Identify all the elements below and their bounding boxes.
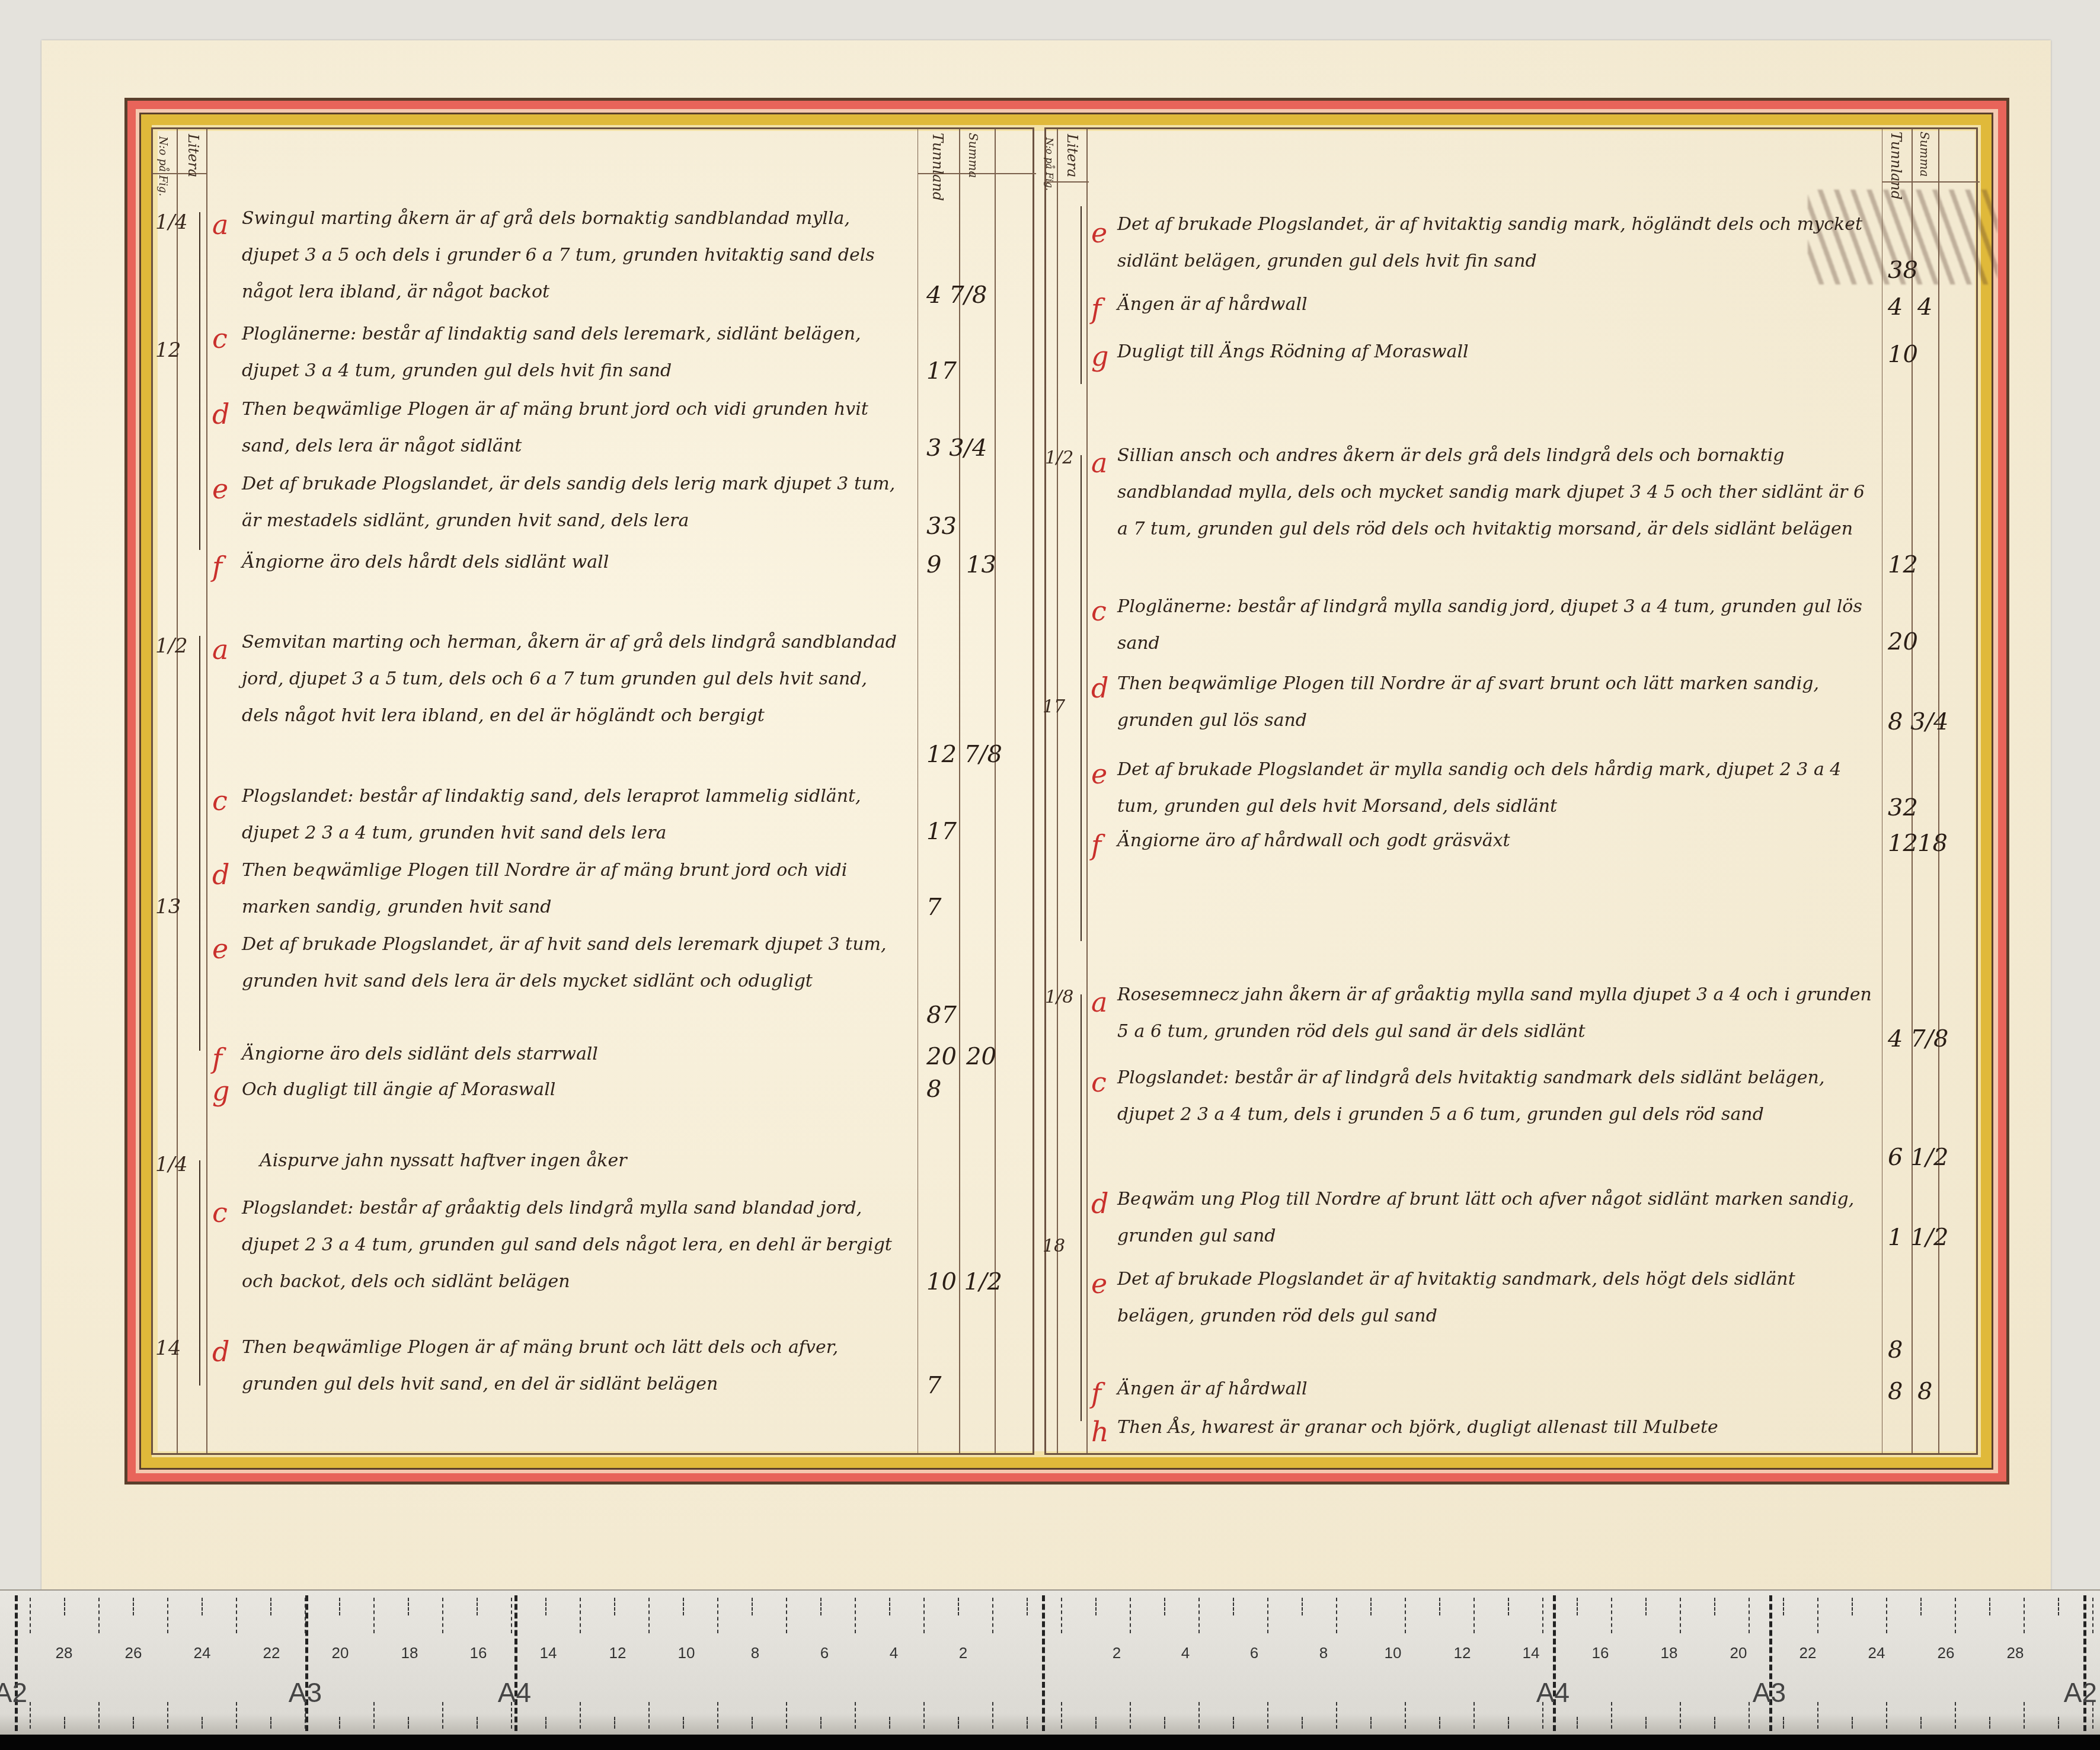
entry-description: Det af brukade Plogslandet, är dels sand… xyxy=(242,466,906,539)
left-page: N:o på Fig. Litera Tunnland Summa 1/4 12… xyxy=(151,127,1034,1455)
survey-group: 1/8 18 a Rosesemnecz jahn åkern är af gr… xyxy=(1046,977,1980,1463)
ruler-tick xyxy=(408,1598,409,1615)
tunnland-value: 8 xyxy=(1888,1380,1903,1403)
tunnland-value: 12 xyxy=(1888,831,1918,855)
ruler-tick xyxy=(648,1702,650,1729)
entry-description: Ängen är af hårdwall xyxy=(1117,286,1876,323)
entry-letter: f xyxy=(1091,1380,1101,1407)
ruler-tick xyxy=(64,1717,65,1729)
ruler-tick xyxy=(1095,1717,1097,1729)
tunnland-value: 12 7/8 xyxy=(926,743,1002,766)
group-bracket xyxy=(1081,206,1088,384)
entry-description: Ängen är af hårdwall xyxy=(1117,1371,1876,1407)
entry-description: Semvitan marting och herman, åkern är af… xyxy=(242,624,906,734)
ruler-tick xyxy=(958,1598,959,1615)
ratio-label: 1/2 xyxy=(155,636,188,656)
ruler-tick xyxy=(236,1598,237,1633)
ruler-tick xyxy=(1542,1702,1543,1729)
tunnland-value: 38 xyxy=(1888,258,1918,282)
entry-letter: c xyxy=(212,787,228,814)
ruler-number: 12 xyxy=(609,1644,627,1662)
ruler-tick xyxy=(98,1702,100,1729)
ruler-tick xyxy=(992,1598,993,1633)
ruler-tick xyxy=(1267,1702,1268,1729)
ruler-number: 20 xyxy=(1730,1644,1747,1662)
tunnland-value: 1 1/2 xyxy=(1888,1226,1949,1249)
ruler-tick xyxy=(889,1717,890,1729)
entry-letter: a xyxy=(1091,449,1107,476)
ruler-tick xyxy=(1336,1702,1337,1729)
entry-letter: c xyxy=(212,325,228,352)
ruler-tick xyxy=(1611,1598,1612,1633)
ruler-tick xyxy=(30,1702,31,1729)
ruler-tick xyxy=(98,1598,100,1633)
ruler-tick xyxy=(1577,1717,1578,1729)
ruler-tick xyxy=(1061,1702,1062,1729)
ruler-tick xyxy=(1577,1598,1578,1615)
tunnland-value: 20 xyxy=(926,1045,957,1068)
ruler-number: 2 xyxy=(1113,1644,1121,1662)
ruler-tick xyxy=(167,1598,168,1633)
ruler-number: 12 xyxy=(1454,1644,1471,1662)
ruler-format-label: A4 xyxy=(498,1677,531,1709)
figure-number: 18 xyxy=(1043,1237,1065,1255)
survey-group: 1/4 14 Aispurve jahn nyssatt haftver ing… xyxy=(153,1143,1036,1439)
tunnland-value: 32 xyxy=(1888,796,1918,820)
ruler-tick xyxy=(167,1702,168,1729)
ruler-number: 20 xyxy=(332,1644,349,1662)
survey-group: 1/4 12 a Swingul marting åkern är af grå… xyxy=(153,200,1036,627)
tunnland-value: 7 xyxy=(926,1374,941,1397)
ruler-tick xyxy=(648,1598,650,1633)
ruler-format-label: A2 xyxy=(0,1677,27,1709)
column-header-tunnland: Tunnland xyxy=(1888,132,1904,200)
ruler-tick xyxy=(1233,1598,1234,1615)
tunnland-value: 9 xyxy=(926,553,941,577)
tunnland-value: 17 xyxy=(926,820,957,843)
ruler-format-label: A4 xyxy=(1536,1677,1570,1709)
tunnland-value: 33 xyxy=(926,514,957,538)
ruler-format-mark xyxy=(514,1595,517,1731)
tunnland-value: 87 xyxy=(926,1003,957,1027)
ruler-tick xyxy=(1370,1598,1372,1615)
summa-value: 4 xyxy=(1917,295,1932,319)
ruler-number: 16 xyxy=(470,1644,487,1662)
column-header-litera: Litera xyxy=(185,134,202,177)
ruler-tick xyxy=(1405,1598,1406,1633)
ruler-tick xyxy=(1817,1598,1818,1633)
entry-description: Ängiorne äro dels hårdt dels sidlänt wal… xyxy=(242,544,906,581)
figure-number: 14 xyxy=(155,1338,181,1358)
entry-letter: e xyxy=(1091,219,1107,247)
ruler-tick xyxy=(1714,1598,1715,1615)
scan-edge xyxy=(0,1735,2100,1750)
entry-description: Det af brukade Plogslandet, är af hvitak… xyxy=(1117,206,1876,280)
ruler-format-mark xyxy=(1769,1595,1772,1731)
ruler-format-mark xyxy=(2083,1595,2086,1731)
ruler-center-mark xyxy=(1042,1595,1045,1731)
ruler-tick xyxy=(1955,1702,1956,1729)
ruler-number: 18 xyxy=(1661,1644,1678,1662)
ruler-number: 28 xyxy=(2007,1644,2024,1662)
entry-letter: e xyxy=(212,935,228,962)
ruler-tick xyxy=(373,1598,375,1633)
tunnland-value: 12 xyxy=(1888,553,1918,577)
ruler-tick xyxy=(923,1598,925,1633)
ruler-tick xyxy=(1439,1598,1440,1615)
ruler-tick xyxy=(1783,1717,1784,1729)
ruler-tick xyxy=(202,1598,203,1615)
entry-letter: d xyxy=(212,1338,229,1365)
ruler-format-label: A3 xyxy=(1753,1677,1786,1709)
entry-description: Och dugligt till ängie af Moraswall xyxy=(242,1071,906,1108)
ruler-tick xyxy=(270,1598,271,1615)
tunnland-value: 8 xyxy=(1888,1338,1903,1362)
ruler-tick xyxy=(580,1702,581,1729)
ruler-tick xyxy=(373,1702,375,1729)
entry-letter: e xyxy=(212,475,228,503)
ruler-tick xyxy=(1027,1717,1028,1729)
ruler-tick xyxy=(1233,1717,1234,1729)
entry-description: Plogslandet: består är af lindgrå dels h… xyxy=(1117,1060,1876,1133)
summa-value: 13 xyxy=(966,553,996,577)
ruler-number: 28 xyxy=(56,1644,73,1662)
ruler-tick xyxy=(545,1717,546,1729)
tunnland-value: 8 3/4 xyxy=(1888,710,1949,734)
ruler-tick xyxy=(1198,1702,1200,1729)
entry-description: Swingul marting åkern är af grå dels bor… xyxy=(242,200,906,311)
column-header-tunnland: Tunnland xyxy=(929,133,946,201)
ruler-tick xyxy=(1302,1717,1303,1729)
tunnland-value: 4 7/8 xyxy=(926,283,987,307)
entry-description: Then beqwämlige Plogen till Nordre är af… xyxy=(242,852,906,926)
ruler-format-mark xyxy=(1553,1595,1556,1731)
ruler-tick xyxy=(1886,1598,1887,1633)
column-header-figure-number: N:o på Fig. xyxy=(1044,137,1055,191)
tunnland-value: 4 7/8 xyxy=(1888,1027,1949,1051)
ruler-tick xyxy=(992,1702,993,1729)
entry-letter: f xyxy=(1091,295,1101,322)
ruler-number: 4 xyxy=(1181,1644,1190,1662)
ruler-tick xyxy=(752,1717,753,1729)
entry-letter: d xyxy=(212,401,229,428)
ruler-number: 24 xyxy=(194,1644,211,1662)
ruler-tick xyxy=(683,1598,684,1615)
ruler-tick xyxy=(1061,1598,1062,1633)
ruler-tick xyxy=(1749,1598,1750,1633)
entry-description: Then Ås, hwarest är granar och björk, du… xyxy=(1117,1409,1876,1446)
ruler-tick xyxy=(683,1717,684,1729)
tunnland-value: 6 1/2 xyxy=(1888,1146,1949,1169)
entry-letter: a xyxy=(1091,988,1107,1016)
ruler-tick xyxy=(1542,1598,1543,1633)
ruler-tick xyxy=(2058,1598,2059,1615)
ruler-tick xyxy=(1198,1598,1200,1633)
ruler-tick xyxy=(614,1598,615,1615)
ruler-number: 14 xyxy=(1523,1644,1540,1662)
ruler-tick xyxy=(923,1702,925,1729)
entry-letter: f xyxy=(1091,831,1101,859)
tunnland-value: 7 xyxy=(926,895,941,919)
ruler-tick xyxy=(442,1598,443,1633)
group-bracket xyxy=(1081,994,1088,1421)
ruler-tick xyxy=(786,1598,787,1633)
ruler-number: 24 xyxy=(1868,1644,1885,1662)
column-header-figure-number: N:o på Fig. xyxy=(156,136,169,196)
ruler-tick xyxy=(305,1702,306,1729)
ruler-tick xyxy=(2092,1702,2093,1729)
ruler-tick xyxy=(1680,1598,1681,1633)
ruler-number: 18 xyxy=(401,1644,418,1662)
ruler-tick xyxy=(339,1717,340,1729)
ruler-tick xyxy=(2024,1598,2025,1633)
group-bracket xyxy=(199,1160,206,1386)
entry-letter: d xyxy=(212,861,229,888)
ruler-tick xyxy=(1645,1598,1647,1615)
entry-description: Det af brukade Plogslandet är mylla sand… xyxy=(1117,751,1876,825)
entry-letter: f xyxy=(212,553,222,580)
figure-number: 12 xyxy=(155,340,181,360)
tunnland-value: 3 3/4 xyxy=(926,436,987,460)
ruler-tick xyxy=(855,1598,856,1633)
ruler-tick xyxy=(477,1598,478,1615)
ruler-number: 22 xyxy=(1799,1644,1817,1662)
ruler-tick xyxy=(614,1717,615,1729)
entry-letter: c xyxy=(212,1199,228,1226)
ruler-tick xyxy=(1336,1598,1337,1633)
tunnland-value: 10 1/2 xyxy=(926,1270,1002,1294)
ruler-tick xyxy=(305,1598,306,1633)
entry-heading: Aispurve jahn nyssatt haftver ingen åker xyxy=(260,1143,912,1179)
ruler-tick xyxy=(1473,1598,1475,1633)
ruler-tick xyxy=(339,1598,340,1615)
entry-letter: g xyxy=(1091,343,1108,370)
figure-number: 13 xyxy=(155,897,181,917)
entry-description: Dugligt till Ängs Rödning af Moraswall xyxy=(1117,334,1876,370)
ruler-tick xyxy=(202,1717,203,1729)
survey-group: 1/2 13 a Semvitan marting och herman, åk… xyxy=(153,624,1036,1074)
ruler-tick xyxy=(1095,1598,1097,1615)
survey-group: e Det af brukade Plogslandet, är af hvit… xyxy=(1046,206,1980,396)
tunnland-value: 8 xyxy=(926,1077,941,1101)
entry-letter: h xyxy=(1091,1418,1109,1445)
ruler-number: 16 xyxy=(1592,1644,1609,1662)
ruler-number: 10 xyxy=(678,1644,695,1662)
entry-description: Ploglänerne: består af lindaktig sand de… xyxy=(242,316,906,389)
ruler-number: 10 xyxy=(1385,1644,1402,1662)
entry-description: Then beqwämlige Plogen är af mäng brunt … xyxy=(242,391,906,465)
entry-description: Plogslandet: består af gråaktig dels lin… xyxy=(242,1190,906,1300)
ruler-tick xyxy=(133,1717,134,1729)
column-header-summa: Summa xyxy=(966,133,980,178)
entry-letter: g xyxy=(212,1077,229,1105)
ruler-tick xyxy=(1714,1717,1715,1729)
ruler-tick xyxy=(1405,1702,1406,1729)
ruler-tick xyxy=(2092,1598,2093,1633)
group-bracket xyxy=(199,212,206,550)
ruler-tick xyxy=(2024,1702,2025,1729)
ruler-tick xyxy=(752,1598,753,1615)
ruler-tick xyxy=(133,1598,134,1615)
ruler-number: 2 xyxy=(959,1644,967,1662)
entry-description: Ploglänerne: består af lindgrå mylla san… xyxy=(1117,588,1876,662)
entry-description: Then beqwämlige Plogen är af mäng brunt … xyxy=(242,1329,906,1403)
ruler-tick xyxy=(1508,1598,1509,1615)
ruler-tick xyxy=(1370,1717,1372,1729)
ruler-number: 26 xyxy=(1938,1644,1955,1662)
ruler-number: 4 xyxy=(890,1644,898,1662)
ruler-tick xyxy=(1267,1598,1268,1633)
ruler-tick xyxy=(1852,1717,1853,1729)
entry-description: Ängiorne äro dels sidlänt dels starrwall xyxy=(242,1036,906,1073)
ruler-tick xyxy=(64,1598,65,1615)
entry-letter: d xyxy=(1091,674,1108,702)
ruler-tick xyxy=(889,1598,890,1615)
ruler-tick xyxy=(270,1717,271,1729)
entry-letter: c xyxy=(1091,1068,1107,1096)
right-page: N:o på Fig. Litera Tunnland Summa e Det … xyxy=(1044,127,1978,1455)
ratio-label: 1/4 xyxy=(155,212,188,232)
entry-letter: f xyxy=(212,1045,222,1072)
entry-letter: d xyxy=(1091,1190,1108,1217)
ruler-tick xyxy=(1164,1598,1165,1615)
ruler-number: 8 xyxy=(1319,1644,1328,1662)
ruler-tick xyxy=(236,1702,237,1729)
ruler-number: 22 xyxy=(263,1644,280,1662)
entry-letter: a xyxy=(212,636,228,663)
ruler-tick xyxy=(1439,1717,1440,1729)
ruler-tick xyxy=(1164,1717,1165,1729)
ruler-tick xyxy=(717,1598,718,1633)
ruler-number: 8 xyxy=(751,1644,759,1662)
ratio-label: 1/2 xyxy=(1045,449,1073,467)
column-header-litera: Litera xyxy=(1064,134,1081,177)
ratio-label: 1/8 xyxy=(1045,988,1073,1006)
ruler-tick xyxy=(1508,1717,1509,1729)
ruler-number: 26 xyxy=(125,1644,142,1662)
ruler-number: 6 xyxy=(1250,1644,1258,1662)
ruler-tick xyxy=(1749,1702,1750,1729)
ruler-tick xyxy=(1611,1702,1612,1729)
ruler-tick xyxy=(820,1598,822,1615)
ruler-tick xyxy=(1955,1598,1956,1633)
entry-letter: e xyxy=(1091,760,1107,788)
ruler-tick xyxy=(1302,1598,1303,1615)
ruler-tick xyxy=(442,1702,443,1729)
tunnland-value: 17 xyxy=(926,359,957,383)
entry-description: Plogslandet: består af lindaktig sand, d… xyxy=(242,778,906,852)
ruler-tick xyxy=(1817,1702,1818,1729)
entry-description: Det af brukade Plogslandet är af hvitakt… xyxy=(1117,1261,1876,1335)
ruler-tick xyxy=(1920,1717,1922,1729)
ruler-tick xyxy=(408,1717,409,1729)
group-bracket xyxy=(199,636,206,1051)
survey-group: 1/2 17 a Sillian ansch och andres åkern … xyxy=(1046,437,1980,959)
entry-description: Rosesemnecz jahn åkern är af gråaktig my… xyxy=(1117,977,1876,1050)
survey-entry-row: g Och dugligt till ängie af Moraswall 8 xyxy=(153,1071,1036,1113)
ruler-tick xyxy=(1920,1598,1922,1615)
ruler-tick xyxy=(580,1598,581,1633)
entry-description: Sillian ansch och andres åkern är dels g… xyxy=(1117,437,1876,548)
ruler-tick xyxy=(1473,1702,1475,1729)
ruler-number: 14 xyxy=(540,1644,557,1662)
entry-letter: a xyxy=(212,211,228,238)
ruler-tick xyxy=(1130,1702,1131,1729)
ruler-tick xyxy=(1886,1702,1887,1729)
ruler-tick xyxy=(30,1598,31,1633)
ruler-tick xyxy=(477,1717,478,1729)
entry-description: Beqwäm ung Plog till Nordre af brunt lät… xyxy=(1117,1181,1876,1255)
ruler-tick xyxy=(511,1598,512,1633)
ruler-tick xyxy=(511,1702,512,1729)
entry-description: Det af brukade Plogslandet, är af hvit s… xyxy=(242,926,906,1000)
ruler-format-mark xyxy=(15,1595,18,1731)
entry-description: Ängiorne äro af hårdwall och godt gräsvä… xyxy=(1117,823,1876,859)
ruler-tick xyxy=(855,1702,856,1729)
ruler-tick xyxy=(1130,1598,1131,1633)
column-header-summa: Summa xyxy=(1917,132,1932,177)
ruler-tick xyxy=(1989,1598,1990,1615)
tunnland-value: 10 xyxy=(1888,343,1918,366)
ruler-tick xyxy=(1852,1598,1853,1615)
ruler-number: 6 xyxy=(820,1644,829,1662)
entry-letter: c xyxy=(1091,597,1107,625)
ruler-tick xyxy=(2058,1717,2059,1729)
summa-value: 8 xyxy=(1917,1380,1932,1403)
ratio-label: 1/4 xyxy=(155,1154,188,1175)
entry-description: Then beqwämlige Plogen till Nordre är af… xyxy=(1117,666,1876,739)
ruler-tick xyxy=(1989,1717,1990,1729)
ruler-tick xyxy=(1783,1598,1784,1615)
ruler-tick xyxy=(1027,1598,1028,1615)
ruler-tick xyxy=(958,1717,959,1729)
tunnland-value: 4 xyxy=(1888,295,1903,319)
ruler-tick xyxy=(1645,1717,1647,1729)
ruler-tick xyxy=(786,1702,787,1729)
tunnland-value: 20 xyxy=(1888,630,1918,654)
figure-number: 17 xyxy=(1043,698,1065,716)
entry-letter: e xyxy=(1091,1270,1107,1297)
ruler-tick xyxy=(717,1702,718,1729)
measurement-ruler: A2 A3 A4 A4 A3 A2 28 26 24 22 20 18 16 1… xyxy=(0,1589,2100,1736)
group-bracket xyxy=(1081,455,1088,941)
ruler-tick xyxy=(545,1598,546,1615)
summa-value: 18 xyxy=(1917,831,1948,855)
ruler-tick xyxy=(820,1717,822,1729)
summa-value: 20 xyxy=(966,1045,996,1068)
ruler-tick xyxy=(1680,1702,1681,1729)
